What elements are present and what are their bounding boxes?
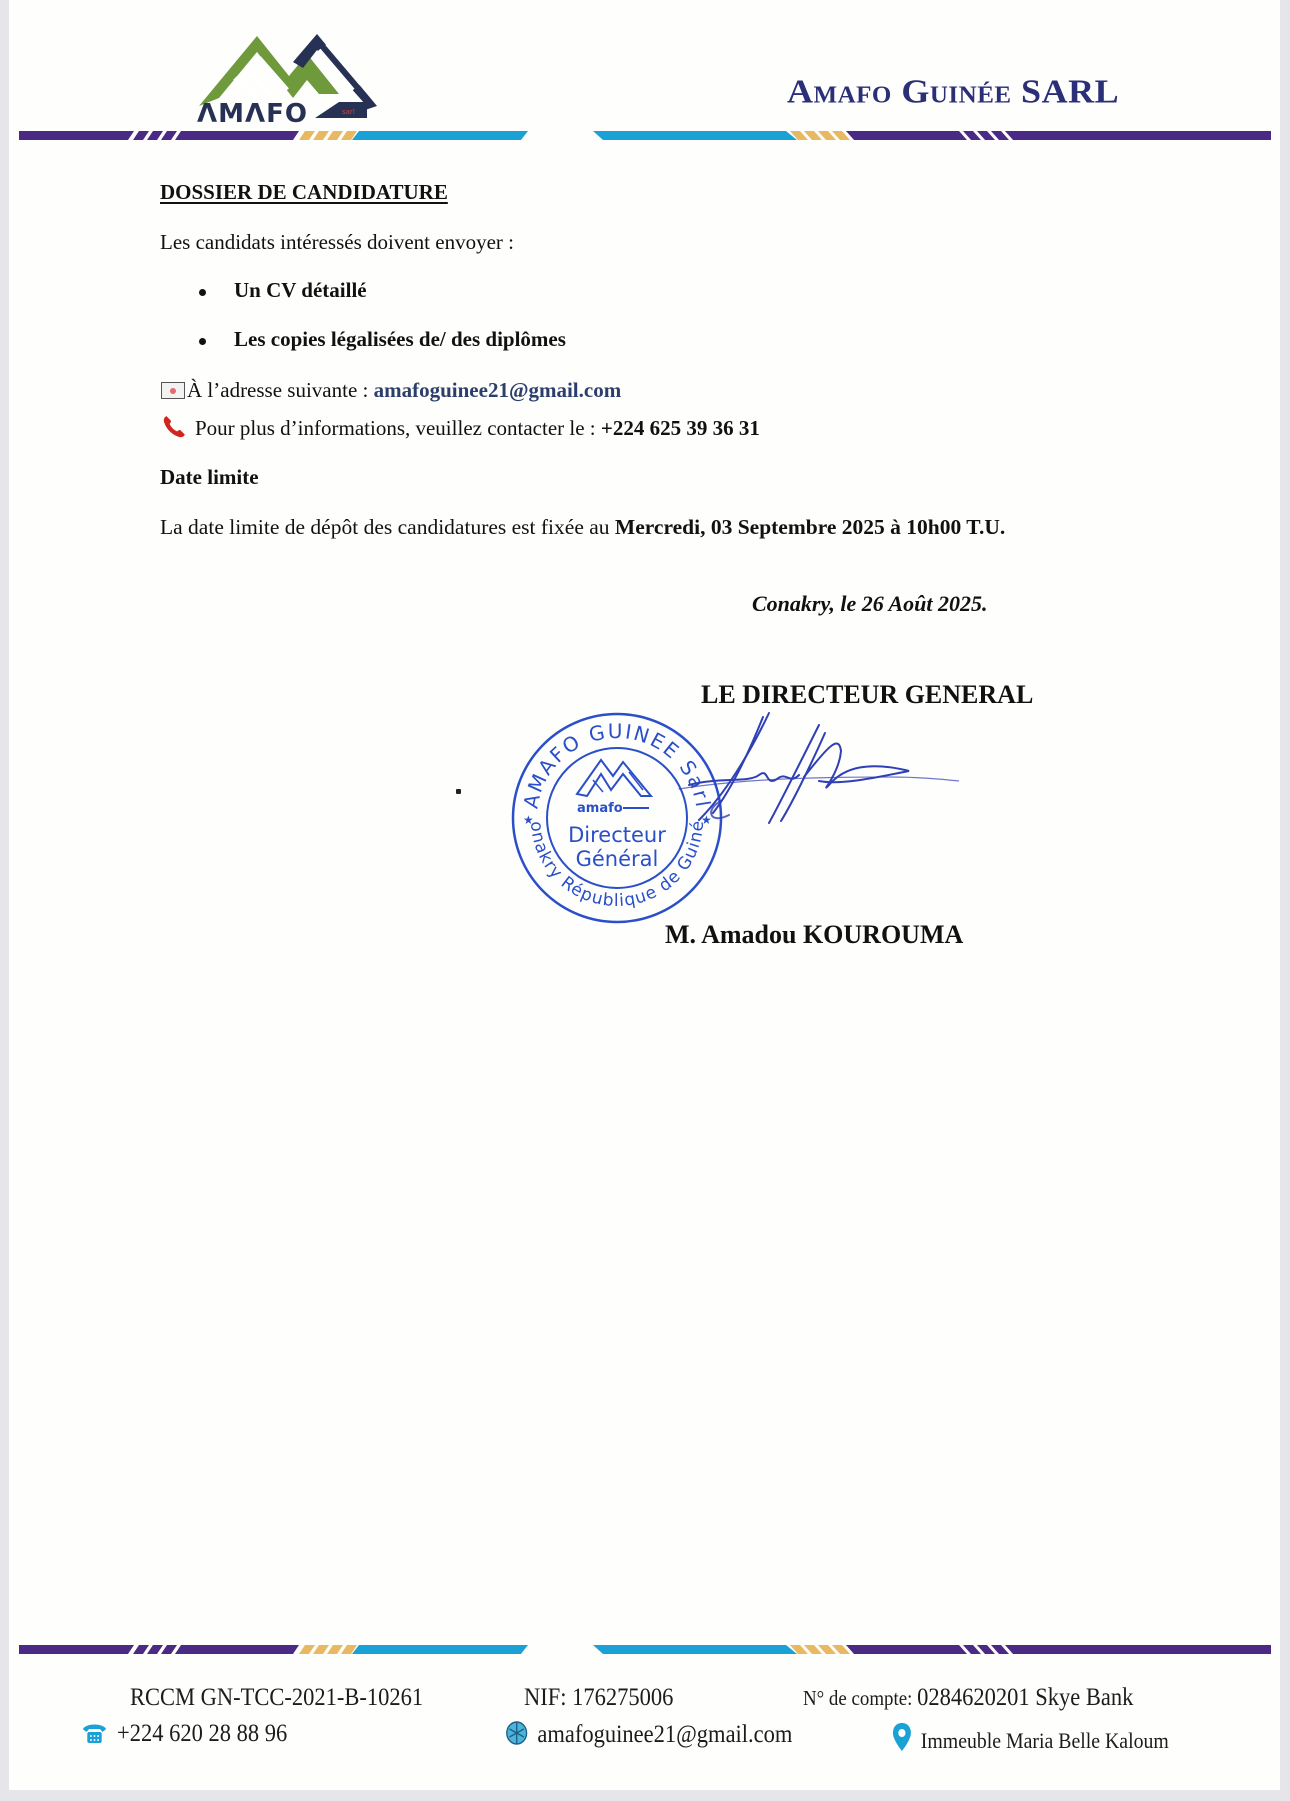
- list-item: Les copies légalisées de/ des diplômes: [199, 329, 566, 350]
- list-item: Un CV détaillé: [199, 280, 367, 301]
- address-line: À l’adresse suivante : amafoguinee21@gma…: [161, 380, 621, 401]
- footer-rccm: RCCM GN-TCC-2021-B-10261: [130, 1684, 423, 1712]
- list-item-label: Les copies légalisées de/ des diplômes: [234, 327, 566, 351]
- contact-label: Pour plus d’informations, veuillez conta…: [195, 416, 601, 440]
- company-logo: ΛMΛFO sarl: [189, 28, 409, 128]
- stray-dot: [456, 789, 461, 794]
- letter-page: ΛMΛFO sarl Amafo Guinée SARL DOSSIER DE …: [9, 0, 1280, 1790]
- footer-email: amafoguinee21@gmail.com: [505, 1720, 792, 1749]
- deadline-date: Mercredi, 03 Septembre 2025 à 10h00 T.U.: [615, 515, 1005, 539]
- header-divider-stripe: [9, 128, 1280, 144]
- footer-address: Immeuble Maria Belle Kaloum: [892, 1722, 1169, 1754]
- place-and-date: Conakry, le 26 Août 2025.: [752, 593, 988, 615]
- svg-text:amafo: amafo: [577, 801, 623, 816]
- account-label: N° de compte:: [803, 1686, 917, 1710]
- svg-text:ΛMΛFO: ΛMΛFO: [197, 99, 308, 128]
- contact-line: Pour plus d’informations, veuillez conta…: [161, 414, 760, 440]
- footer-phone-number: +224 620 28 88 96: [117, 1720, 287, 1747]
- svg-text:Directeur: Directeur: [568, 823, 666, 847]
- address-label: À l’adresse suivante :: [187, 378, 374, 402]
- list-item-label: Un CV détaillé: [234, 278, 367, 302]
- company-name: Amafo Guinée SARL: [787, 71, 1119, 111]
- deadline-label: La date limite de dépôt des candidatures…: [160, 515, 615, 539]
- svg-text:★: ★: [523, 813, 534, 827]
- telephone-icon: [81, 1721, 108, 1745]
- signatory-name: M. Amadou KOUROUMA: [665, 922, 963, 948]
- location-pin-icon: [892, 1722, 912, 1752]
- envelope-icon: [161, 382, 185, 399]
- footer-address-text: Immeuble Maria Belle Kaloum: [921, 1728, 1169, 1753]
- handwritten-signature-icon: [669, 705, 959, 835]
- phone-handset-icon: [161, 414, 187, 440]
- footer-email-link[interactable]: amafoguinee21@gmail.com: [537, 1721, 792, 1748]
- contact-phone: +224 625 39 36 31: [601, 416, 760, 440]
- section-title: DOSSIER DE CANDIDATURE: [160, 182, 448, 203]
- account-value: 0284620201 Skye Bank: [917, 1684, 1133, 1711]
- bullet-icon: [199, 338, 206, 345]
- deadline-text: La date limite de dépôt des candidatures…: [160, 517, 1005, 539]
- footer-nif: NIF: 176275006: [524, 1684, 673, 1712]
- mountain-logo-icon: ΛMΛFO sarl: [189, 28, 409, 128]
- globe-icon: [505, 1720, 528, 1746]
- bullet-icon: [199, 289, 206, 296]
- footer-account: N° de compte: 0284620201 Skye Bank: [803, 1684, 1133, 1712]
- svg-text:Général: Général: [576, 847, 659, 871]
- footer-phone: +224 620 28 88 96: [81, 1720, 287, 1748]
- email-link[interactable]: amafoguinee21@gmail.com: [374, 378, 622, 402]
- deadline-title: Date limite: [160, 467, 259, 488]
- intro-text: Les candidats intéressés doivent envoyer…: [160, 232, 514, 253]
- svg-text:sarl: sarl: [342, 108, 355, 116]
- footer-divider-stripe: [9, 1642, 1280, 1658]
